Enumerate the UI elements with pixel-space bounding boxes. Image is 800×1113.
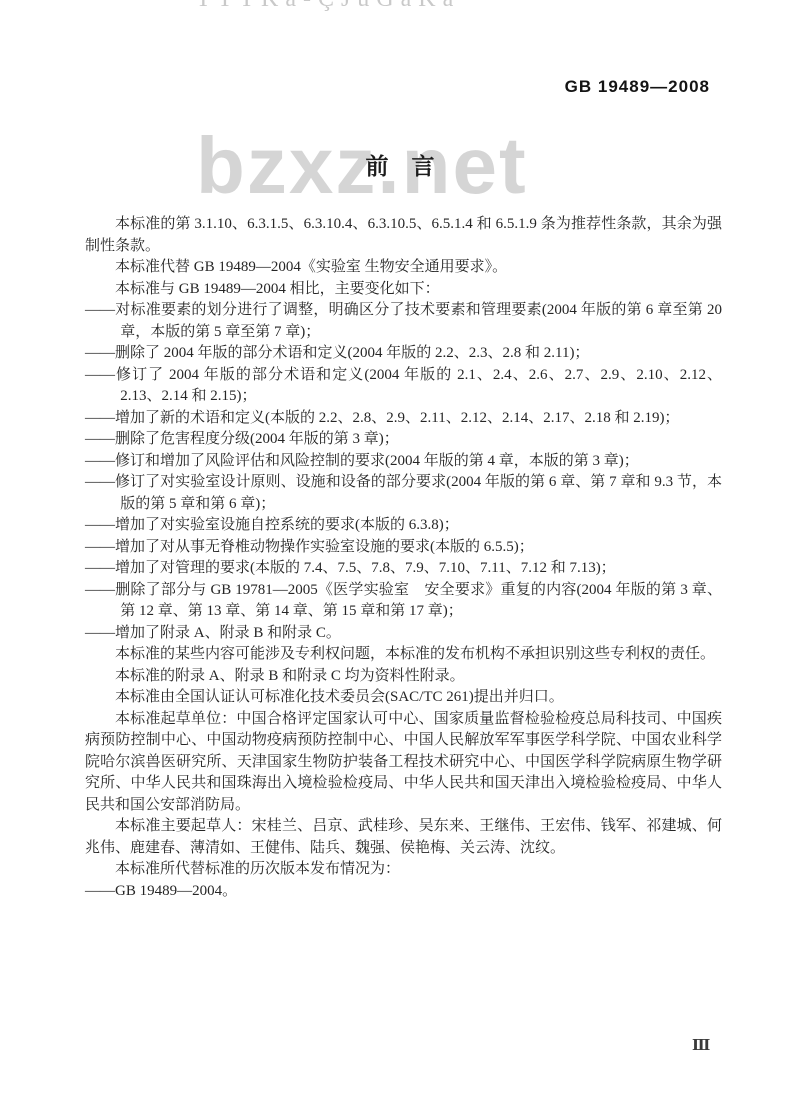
list-item-change-4: ——增加了新的术语和定义(本版的 2.2、2.8、2.9、2.11、2.12、2… (85, 408, 722, 430)
paragraph-main-drafters: 本标准主要起草人：宋桂兰、吕京、武桂珍、吴东来、王继伟、王宏伟、钱军、祁建城、何… (85, 816, 722, 859)
paragraph-previous-editions-intro: 本标准所代替标准的历次版本发布情况为： (85, 859, 722, 881)
list-item-change-11: ——删除了部分与 GB 19781—2005《医学实验室 安全要求》重复的内容(… (85, 580, 722, 623)
cropped-watermark-fragment: TTTKa-ÇJuGaKa (196, 0, 460, 13)
paragraph-annex-informative: 本标准的附录 A、附录 B 和附录 C 均为资料性附录。 (85, 666, 722, 688)
list-item-change-5: ——删除了危害程度分级(2004 年版的第 3 章)； (85, 429, 722, 451)
scanned-document-page: TTTKa-ÇJuGaKa GB 19489—2008 bzxz.net 前 言… (0, 0, 800, 1113)
document-body: 本标准的第 3.1.10、6.3.1.5、6.3.10.4、6.3.10.5、6… (85, 214, 722, 902)
list-item-change-8: ——增加了对实验室设施自控系统的要求(本版的 6.3.8)； (85, 515, 722, 537)
standard-code: GB 19489—2008 (565, 77, 710, 97)
list-item-change-9: ——增加了对从事无脊椎动物操作实验室设施的要求(本版的 6.5.5)； (85, 537, 722, 559)
paragraph-proposed-by: 本标准由全国认证认可标准化技术委员会(SAC/TC 261)提出并归口。 (85, 687, 722, 709)
list-item-change-2: ——删除了 2004 年版的部分术语和定义(2004 年版的 2.2、2.3、2… (85, 343, 722, 365)
list-item-change-10: ——增加了对管理的要求(本版的 7.4、7.5、7.8、7.9、7.10、7.1… (85, 558, 722, 580)
list-item-change-12: ——增加了附录 A、附录 B 和附录 C。 (85, 623, 722, 645)
paragraph-changes-intro: 本标准与 GB 19489—2004 相比，主要变化如下： (85, 279, 722, 301)
paragraph-patent-notice: 本标准的某些内容可能涉及专利权问题，本标准的发布机构不承担识别这些专利权的责任。 (85, 644, 722, 666)
list-item-change-3: ——修订了 2004 年版的部分术语和定义(2004 年版的 2.1、2.4、2… (85, 365, 722, 408)
page-title: 前 言 (0, 148, 800, 181)
list-item-change-7: ——修订了对实验室设计原则、设施和设备的部分要求(2004 年版的第 6 章、第… (85, 472, 722, 515)
list-item-change-6: ——修订和增加了风险评估和风险控制的要求(2004 年版的第 4 章，本版的第 … (85, 451, 722, 473)
list-item-previous-edition: ——GB 19489—2004。 (85, 881, 722, 903)
page-number: Ⅲ (692, 1036, 710, 1055)
paragraph-replaces: 本标准代替 GB 19489—2004《实验室 生物安全通用要求》。 (85, 257, 722, 279)
list-item-change-1: ——对标准要素的划分进行了调整，明确区分了技术要素和管理要素(2004 年版的第… (85, 300, 722, 343)
paragraph-drafting-organizations: 本标准起草单位：中国合格评定国家认可中心、国家质量监督检验检疫总局科技司、中国疾… (85, 709, 722, 817)
paragraph-recommended-clauses: 本标准的第 3.1.10、6.3.1.5、6.3.10.4、6.3.10.5、6… (85, 214, 722, 257)
